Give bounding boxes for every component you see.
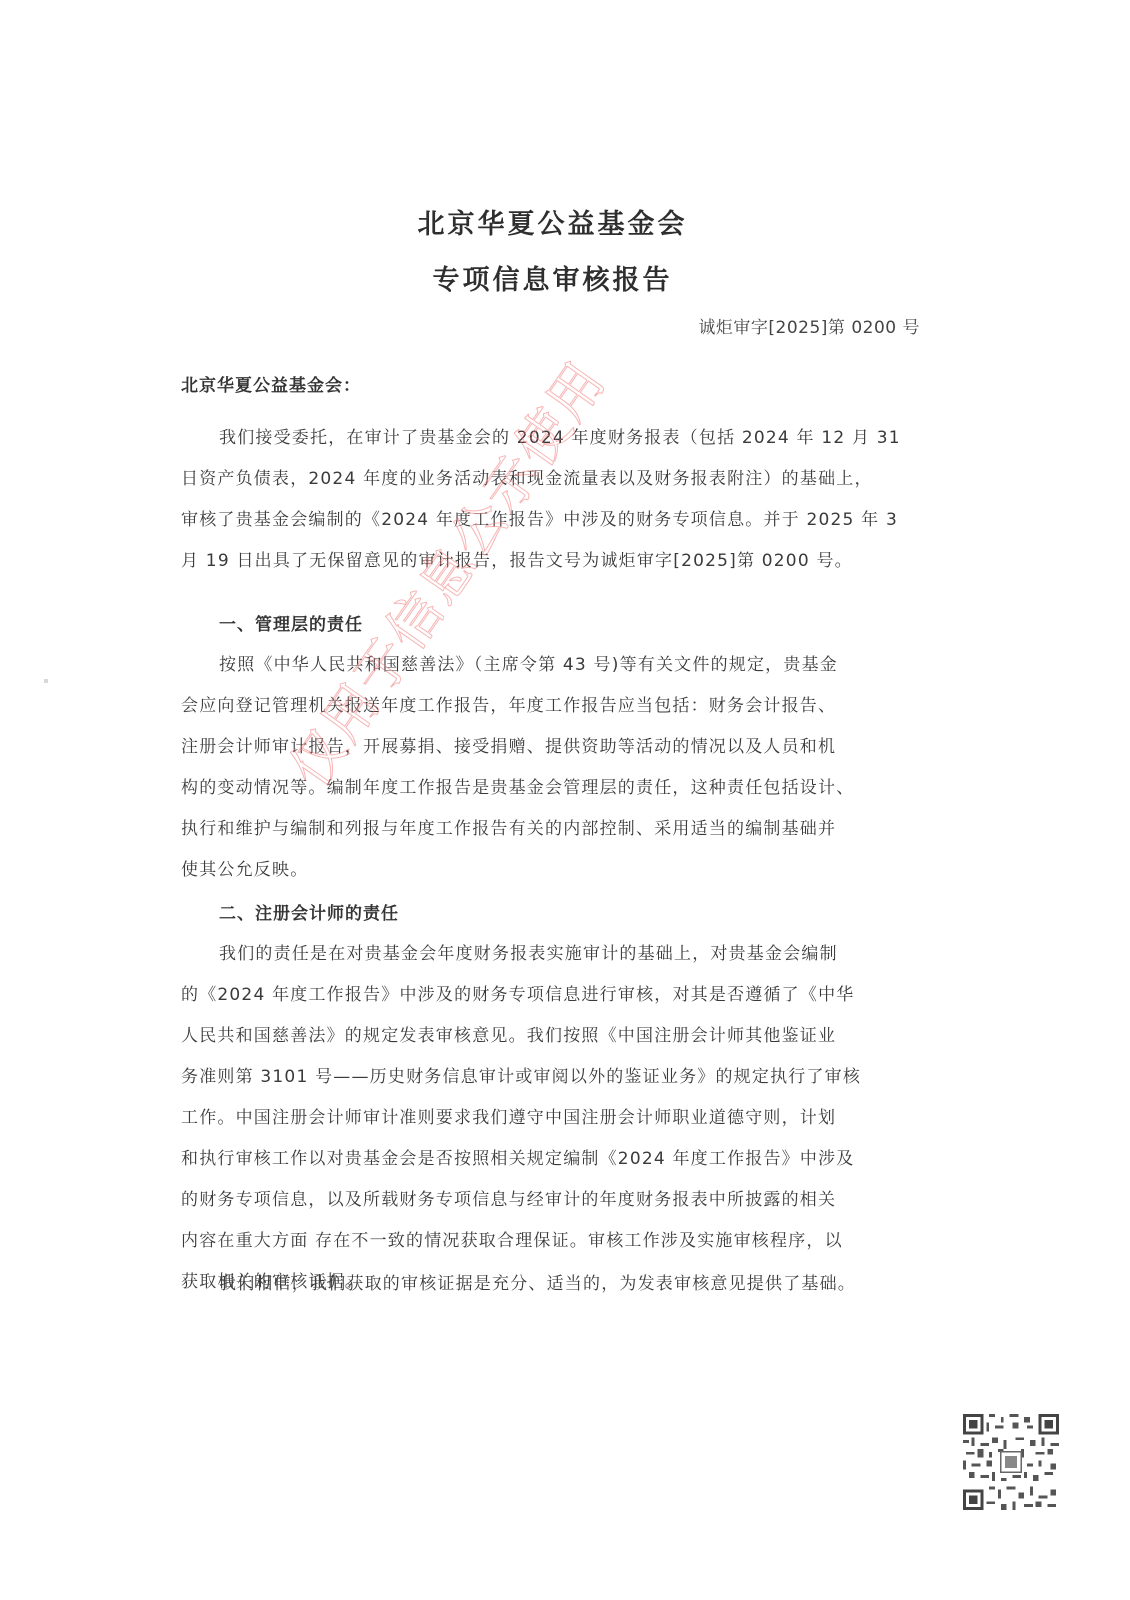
text-line: 审核了贵基金会编制的《2024 年度工作报告》中涉及的财务专项信息。并于 202… [181,500,926,541]
text-line: 执行和维护与编制和列报与年度工作报告有关的内部控制、采用适当的编制基础并 [181,809,926,850]
text-line: 我们接受委托，在审计了贵基金会的 2024 年度财务报表（包括 2024 年 1… [181,418,926,459]
scan-artifact [44,679,48,683]
text-line: 使其公允反映。 [181,850,926,891]
text-line: 构的变动情况等。编制年度工作报告是贵基金会管理层的责任，这种责任包括设计、 [181,768,926,809]
qr-code-icon [963,1414,1059,1510]
document-subtitle: 专项信息审核报告 [0,258,1105,297]
text-line: 月 19 日出具了无保留意见的审计报告，报告文号为诚炬审字[2025]第 020… [181,541,926,582]
text-line: 内容在重大方面 存在不一致的情况获取合理保证。审核工作涉及实施审核程序，以 [181,1221,926,1262]
text-line: 和执行审核工作以对贵基金会是否按照相关规定编制《2024 年度工作报告》中涉及 [181,1139,926,1180]
closing-paragraph: 我们相信，我们获取的审核证据是充分、适当的，为发表审核意见提供了基础。 [181,1264,926,1305]
document-title: 北京华夏公益基金会 [0,202,1105,241]
text-line: 的财务专项信息，以及所载财务专项信息与经审计的年度财务报表中所披露的相关 [181,1180,926,1221]
text-line: 工作。中国注册会计师审计准则要求我们遵守中国注册会计师职业道德守则，计划 [181,1098,926,1139]
document-number: 诚炬审字[2025]第 0200 号 [698,313,920,338]
qr-code [963,1414,1059,1510]
document-page: 北京华夏公益基金会 专项信息审核报告 诚炬审字[2025]第 0200 号 北京… [0,0,1130,1600]
management-responsibility-paragraph: 按照《中华人民共和国慈善法》（主席令第 43 号)等有关文件的规定，贵基金 会应… [181,645,926,891]
section-heading-cpa: 二、注册会计师的责任 [219,899,399,924]
text-line: 务准则第 3101 号——历史财务信息审计或审阅以外的鉴证业务》的规定执行了审核 [181,1057,926,1098]
text-line: 注册会计师审计报告，开展募捐、接受捐赠、提供资助等活动的情况以及人员和机 [181,727,926,768]
text-line: 日资产负债表，2024 年度的业务活动表和现金流量表以及财务报表附注）的基础上， [181,459,926,500]
text-line: 会应向登记管理机关报送年度工作报告，年度工作报告应当包括：财务会计报告、 [181,686,926,727]
text-line: 的《2024 年度工作报告》中涉及的财务专项信息进行审核，对其是否遵循了《中华 [181,975,926,1016]
text-line: 我们的责任是在对贵基金会年度财务报表实施审计的基础上，对贵基金会编制 [181,934,926,975]
cpa-responsibility-paragraph: 我们的责任是在对贵基金会年度财务报表实施审计的基础上，对贵基金会编制 的《202… [181,934,926,1303]
text-line: 按照《中华人民共和国慈善法》（主席令第 43 号)等有关文件的规定，贵基金 [181,645,926,686]
section-heading-management: 一、管理层的责任 [219,610,363,635]
intro-paragraph: 我们接受委托，在审计了贵基金会的 2024 年度财务报表（包括 2024 年 1… [181,418,926,582]
addressee: 北京华夏公益基金会： [181,371,361,396]
text-line: 我们相信，我们获取的审核证据是充分、适当的，为发表审核意见提供了基础。 [181,1264,926,1305]
text-line: 人民共和国慈善法》的规定发表审核意见。我们按照《中国注册会计师其他鉴证业 [181,1016,926,1057]
